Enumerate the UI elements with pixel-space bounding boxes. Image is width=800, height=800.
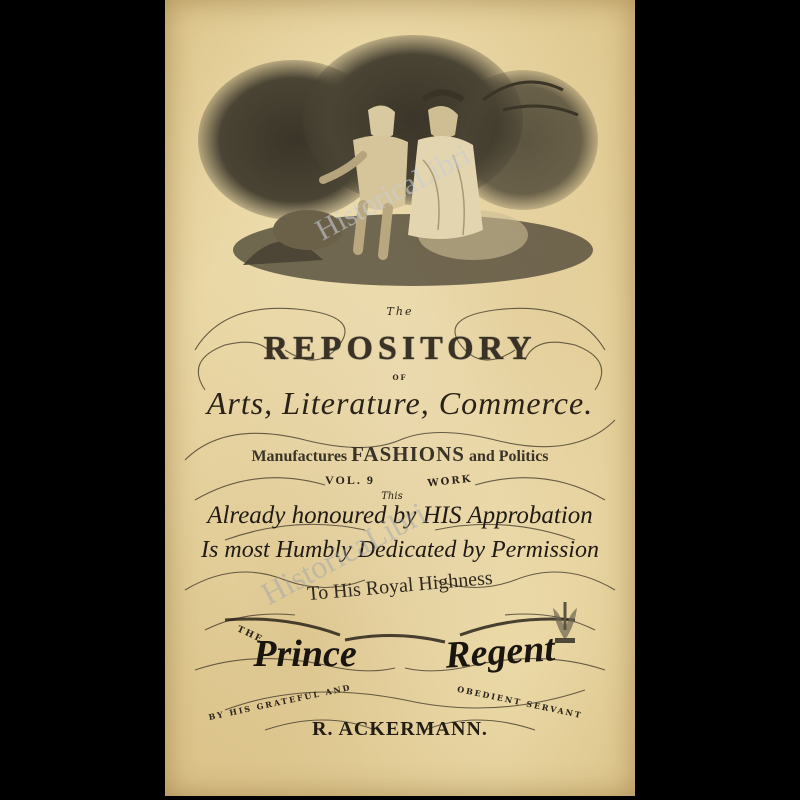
title-main: REPOSITORY bbox=[165, 330, 635, 368]
title-subjects: Arts, Literature, Commerce. bbox=[165, 385, 635, 422]
subtitle-suffix: and Politics bbox=[469, 448, 549, 465]
engraved-vignette bbox=[183, 30, 613, 290]
dedication-this: This bbox=[157, 491, 627, 502]
title-page: The REPOSITORY OF Arts, Literature, Comm… bbox=[165, 0, 635, 796]
subtitle-prefix: Manufactures bbox=[251, 448, 347, 465]
title-of: OF bbox=[165, 373, 635, 382]
subtitle-emphasis: FASHIONS bbox=[351, 442, 465, 466]
title-the: The bbox=[165, 305, 635, 318]
author-name: R. ACKERMANN. bbox=[165, 718, 635, 741]
